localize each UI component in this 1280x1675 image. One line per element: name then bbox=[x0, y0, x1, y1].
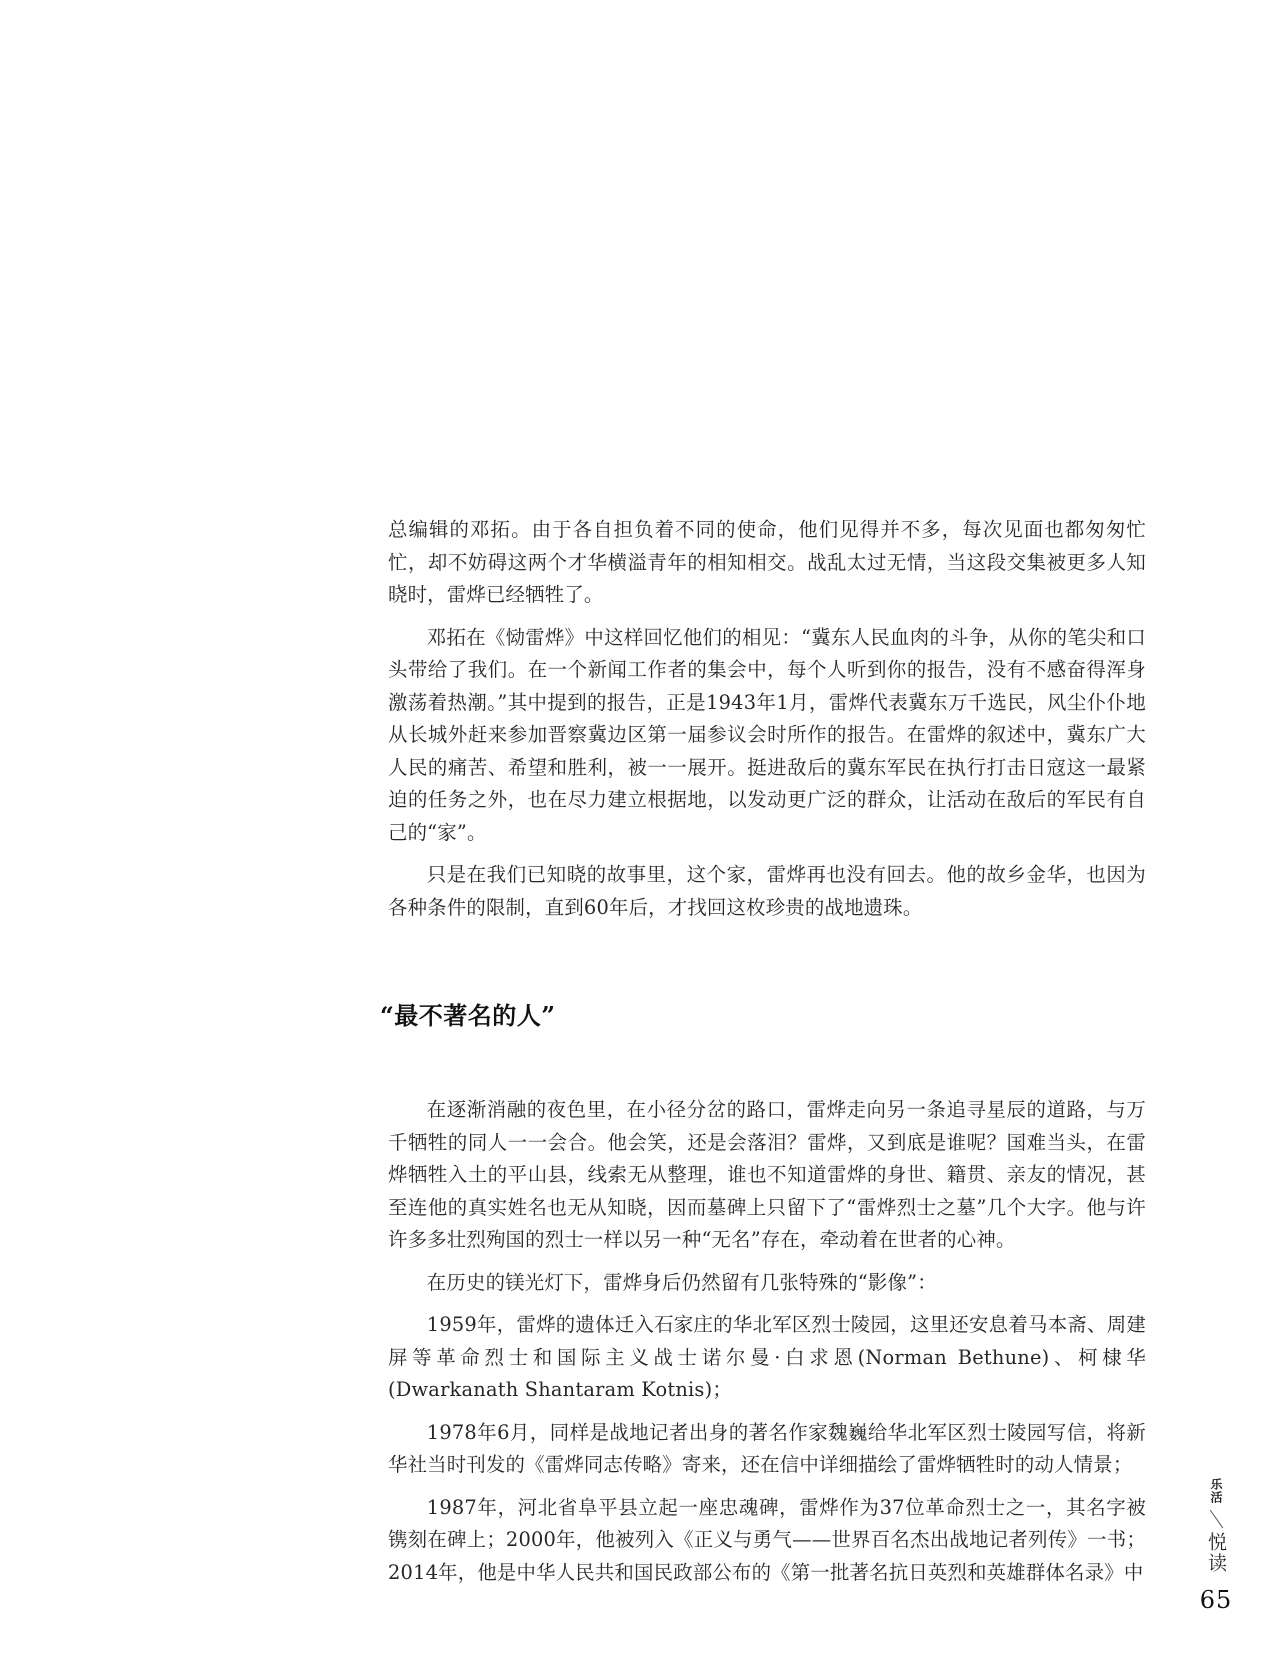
paragraph-6: 1959年，雷烨的遗体迁入石家庄的华北军区烈士陵园，这里还安息着马本斋、周建屏等… bbox=[388, 1309, 1146, 1407]
spacer bbox=[388, 1034, 1146, 1094]
magazine-page: 总编辑的邓拓。由于各自担负着不同的使命，他们见得并不多，每次见面也都匆匆忙忙，却… bbox=[0, 0, 1280, 1675]
paragraph-5: 在历史的镁光灯下，雷烨身后仍然留有几张特殊的“影像”： bbox=[388, 1267, 1146, 1300]
paragraph-8: 1987年，河北省阜平县立起一座忠魂碑，雷烨作为37位革命烈士之一，其名字被镌刻… bbox=[388, 1492, 1146, 1590]
article-column: 总编辑的邓拓。由于各自担负着不同的使命，他们见得并不多，每次见面也都匆匆忙忙，却… bbox=[388, 514, 1146, 1589]
section-heading: “最不著名的人” bbox=[380, 998, 1146, 1034]
paragraph-7: 1978年6月，同样是战地记者出身的著名作家魏巍给华北军区烈士陵园写信，将新华社… bbox=[388, 1417, 1146, 1482]
spacer bbox=[388, 924, 1146, 998]
section-label-small: 乐活 bbox=[1209, 1478, 1223, 1504]
paragraph-1: 总编辑的邓拓。由于各自担负着不同的使命，他们见得并不多，每次见面也都匆匆忙忙，却… bbox=[388, 514, 1146, 612]
page-folio: 乐活 悦读 65 bbox=[1196, 1478, 1236, 1614]
paragraph-4: 在逐渐消融的夜色里，在小径分岔的路口，雷烨走向另一条追寻星辰的道路，与万千牺牲的… bbox=[388, 1094, 1146, 1257]
paragraph-3: 只是在我们已知晓的故事里，这个家，雷烨再也没有回去。他的故乡金华，也因为各种条件… bbox=[388, 859, 1146, 924]
slash-divider-icon bbox=[1209, 1510, 1222, 1529]
page-number: 65 bbox=[1196, 1586, 1236, 1614]
paragraph-2: 邓拓在《恸雷烨》中这样回忆他们的相见：“冀东人民血肉的斗争，从你的笔尖和口头带给… bbox=[388, 622, 1146, 850]
section-label-large: 悦读 bbox=[1206, 1532, 1226, 1574]
